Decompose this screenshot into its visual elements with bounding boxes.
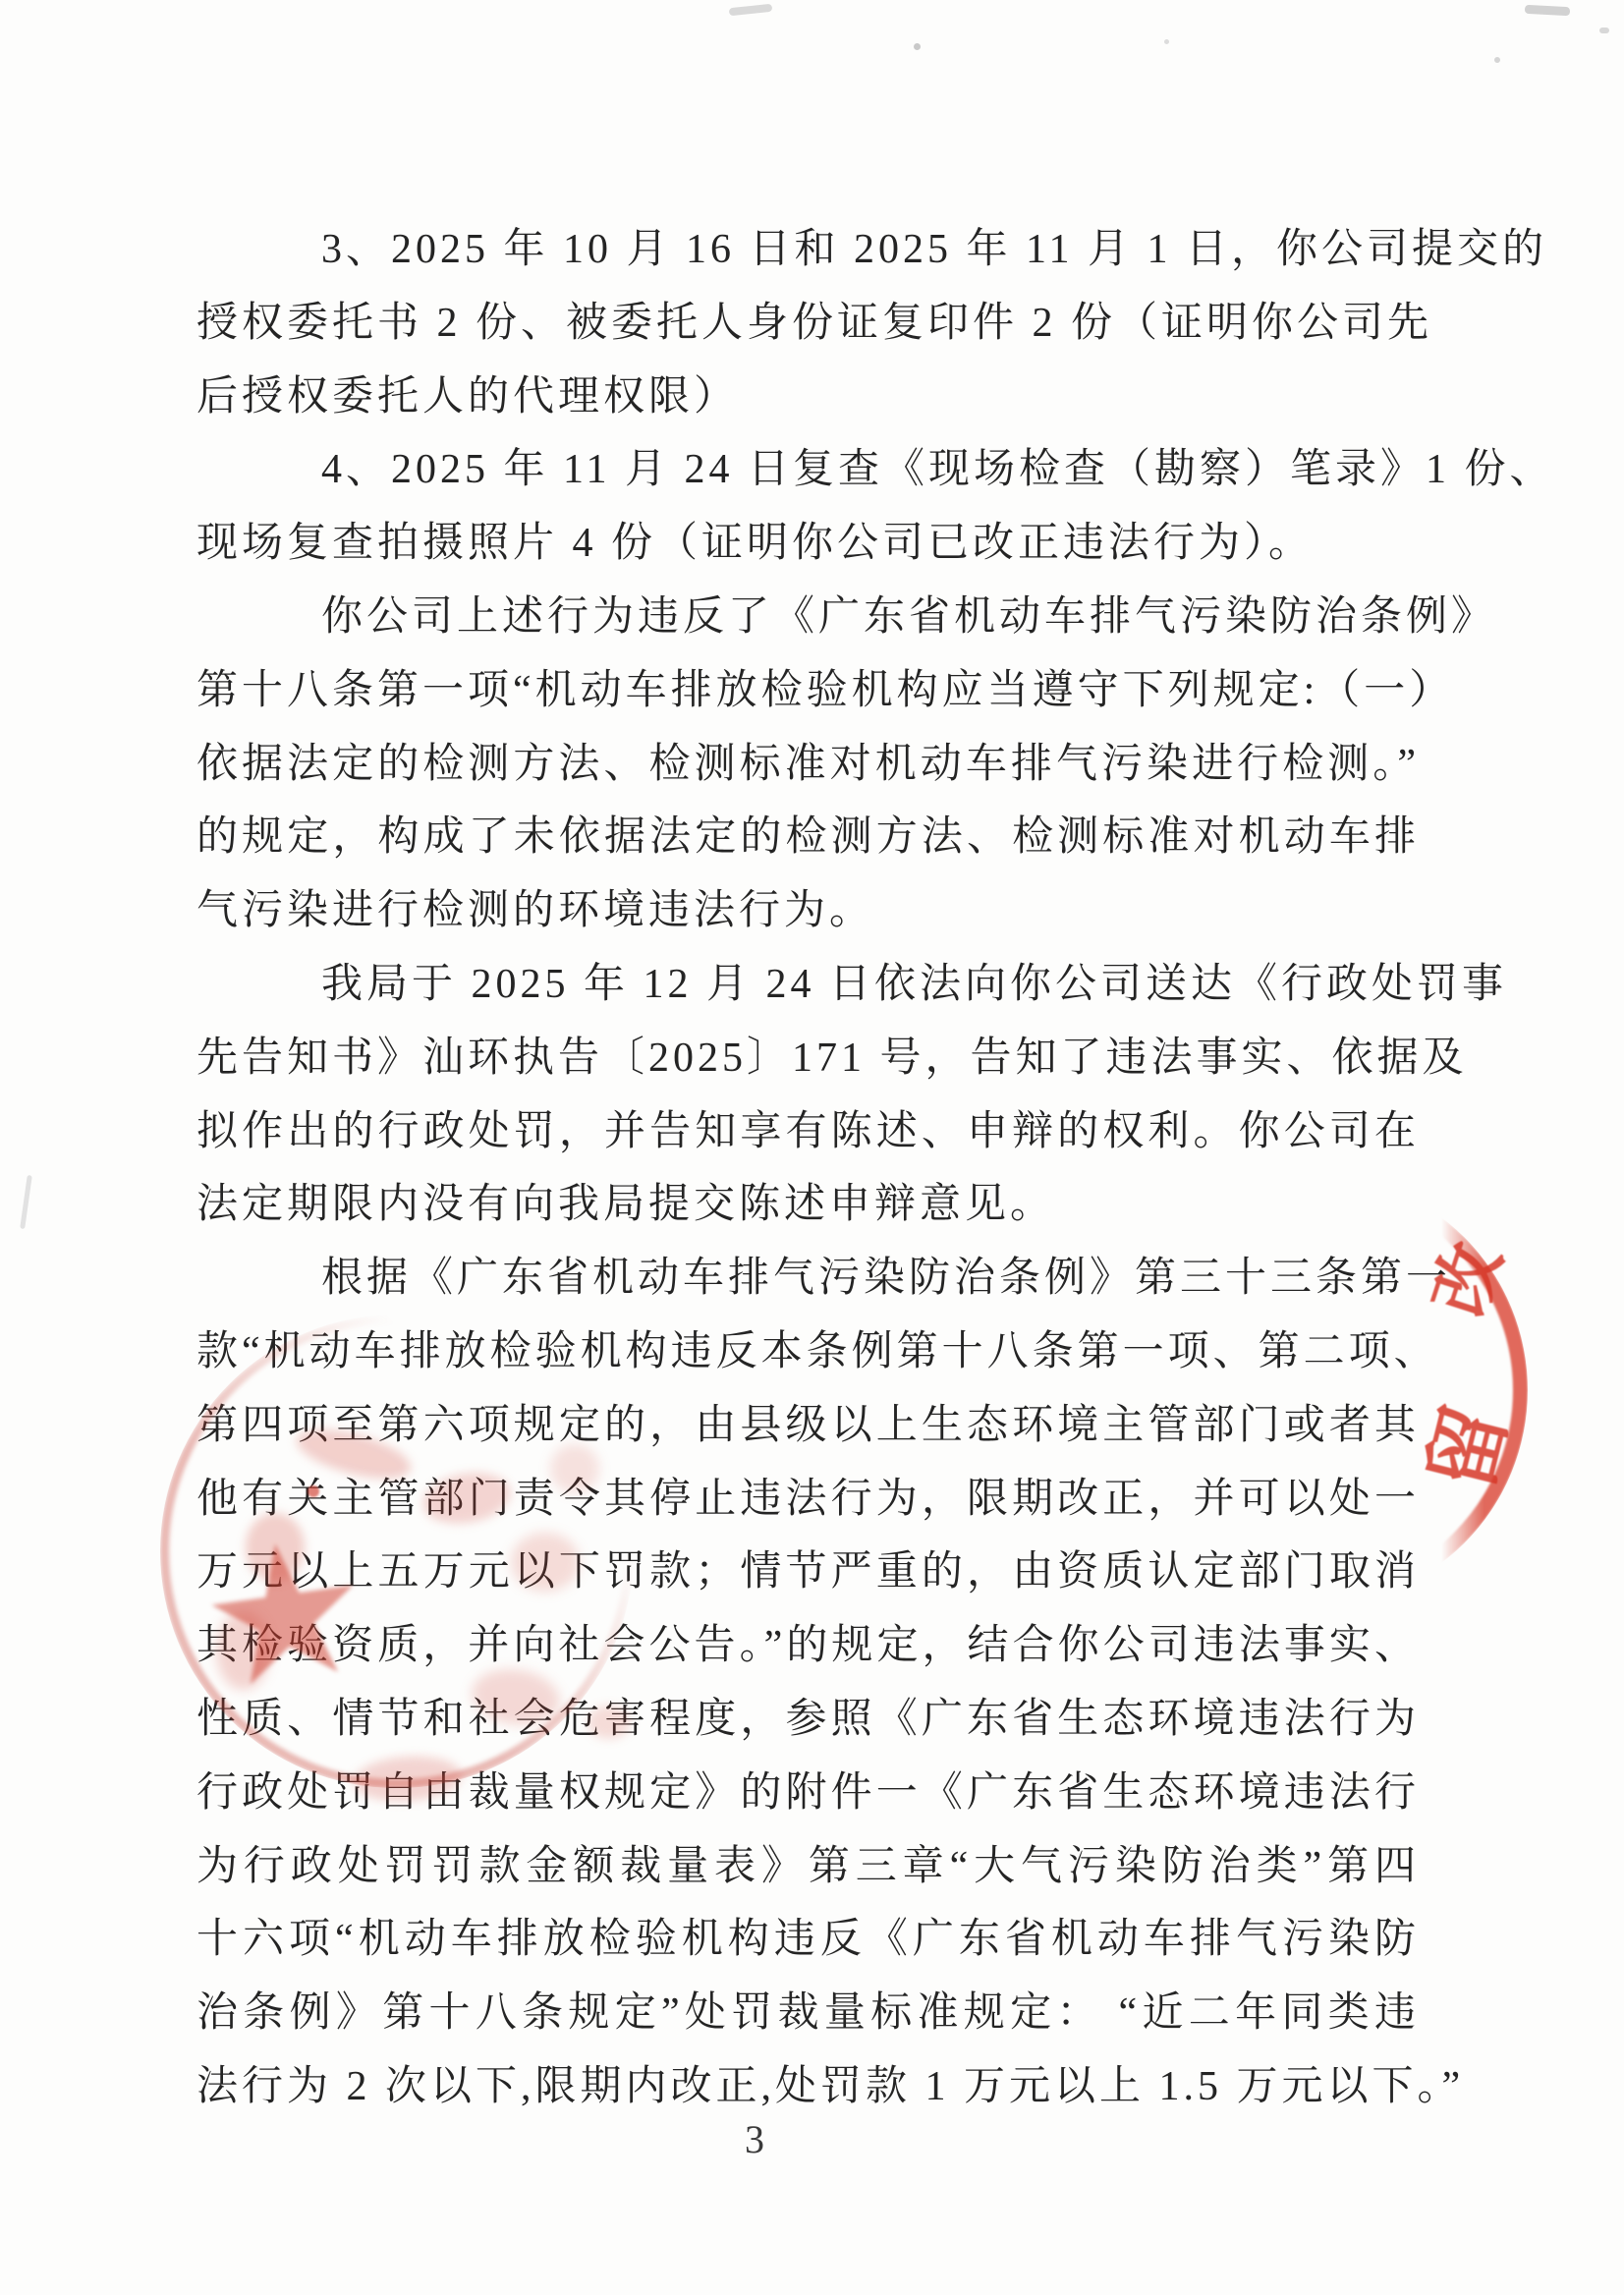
scan-noise <box>1164 39 1169 44</box>
text-line: 行政处罚自由裁量权规定》的附件一《广东省生态环境违法行 <box>196 1764 1420 1821</box>
text-line: 4、2025 年 11 月 24 日复查《现场检查（勘察）笔录》1 份、 <box>196 441 1420 498</box>
text-line: 我局于 2025 年 12 月 24 日依法向你公司送达《行政处罚事 <box>196 956 1420 1013</box>
text-line: 十六项“机动车排放检验机构违反《广东省机动车排气污染防 <box>196 1911 1420 1968</box>
text-line: 3、2025 年 10 月 16 日和 2025 年 11 月 1 日，你公司提… <box>196 221 1420 278</box>
star-icon: ★ <box>190 1510 381 1718</box>
text-line: 现场复查拍摄照片 4 份（证明你公司已改正违法行为）。 <box>196 515 1420 572</box>
text-line: 先告知书》汕环执告〔2025〕171 号，告知了违法事实、依据及 <box>196 1030 1420 1087</box>
text-line: 款“机动车排放检验机构违反本条例第十八条第一项、第二项、 <box>196 1323 1420 1380</box>
text-line: 气污染进行检测的环境违法行为。 <box>196 882 1420 939</box>
page-number: 3 <box>725 2116 784 2162</box>
scan-noise <box>1494 57 1500 63</box>
text-line: 后授权委托人的代理权限） <box>196 368 1420 425</box>
text-line: 法定期限内没有向我局提交陈述申辩意见。 <box>196 1176 1420 1233</box>
text-line: 治条例》第十八条规定”处罚裁量标准规定： “近二年同类违 <box>196 1985 1420 2042</box>
stamp-arc <box>1095 1174 1528 1606</box>
text-line: 万元以上五万元以下罚款；情节严重的，由资质认定部门取消 <box>196 1543 1420 1600</box>
scan-noise <box>20 1175 32 1229</box>
text-line: 法行为 2 次以下,限期内改正,处罚款 1 万元以上 1.5 万元以下。” <box>196 2058 1420 2115</box>
text-line: 性质、情节和社会危害程度，参照《广东省生态环境违法行为 <box>196 1691 1420 1748</box>
text-line: 的规定，构成了未依据法定的检测方法、检测标准对机动车排 <box>196 809 1420 866</box>
text-line: 其检验资质，并向社会公告。”的规定，结合你公司违法事实、 <box>196 1617 1420 1674</box>
scan-noise <box>1525 5 1570 16</box>
text-line: 拟作出的行政处罚，并告知享有陈述、申辩的权利。你公司在 <box>196 1103 1420 1160</box>
text-line: 他有关主管部门责令其停止违法行为，限期改正，并可以处一 <box>196 1471 1420 1528</box>
scan-noise <box>729 4 773 17</box>
scan-noise <box>1599 28 1609 33</box>
document-page: 3、2025 年 10 月 16 日和 2025 年 11 月 1 日，你公司提… <box>0 0 1624 2295</box>
text-line: 你公司上述行为违反了《广东省机动车排气污染防治条例》 <box>196 588 1420 645</box>
text-line: 第四项至第六项规定的，由县级以上生态环境主管部门或者其 <box>196 1397 1420 1454</box>
text-line: 为行政处罚罚款金额裁量表》第三章“大气污染防治类”第四 <box>196 1838 1420 1895</box>
text-line: 依据法定的检测方法、检测标准对机动车排气污染进行检测。” <box>196 736 1420 793</box>
text-line: 根据《广东省机动车排气污染防治条例》第三十三条第一 <box>196 1250 1420 1307</box>
scan-noise <box>914 43 921 50</box>
text-line: 第十八条第一项“机动车排放检验机构应当遵守下列规定:（一） <box>196 662 1420 719</box>
text-line: 授权委托书 2 份、被委托人身份证复印件 2 份（证明你公司先 <box>196 295 1420 352</box>
